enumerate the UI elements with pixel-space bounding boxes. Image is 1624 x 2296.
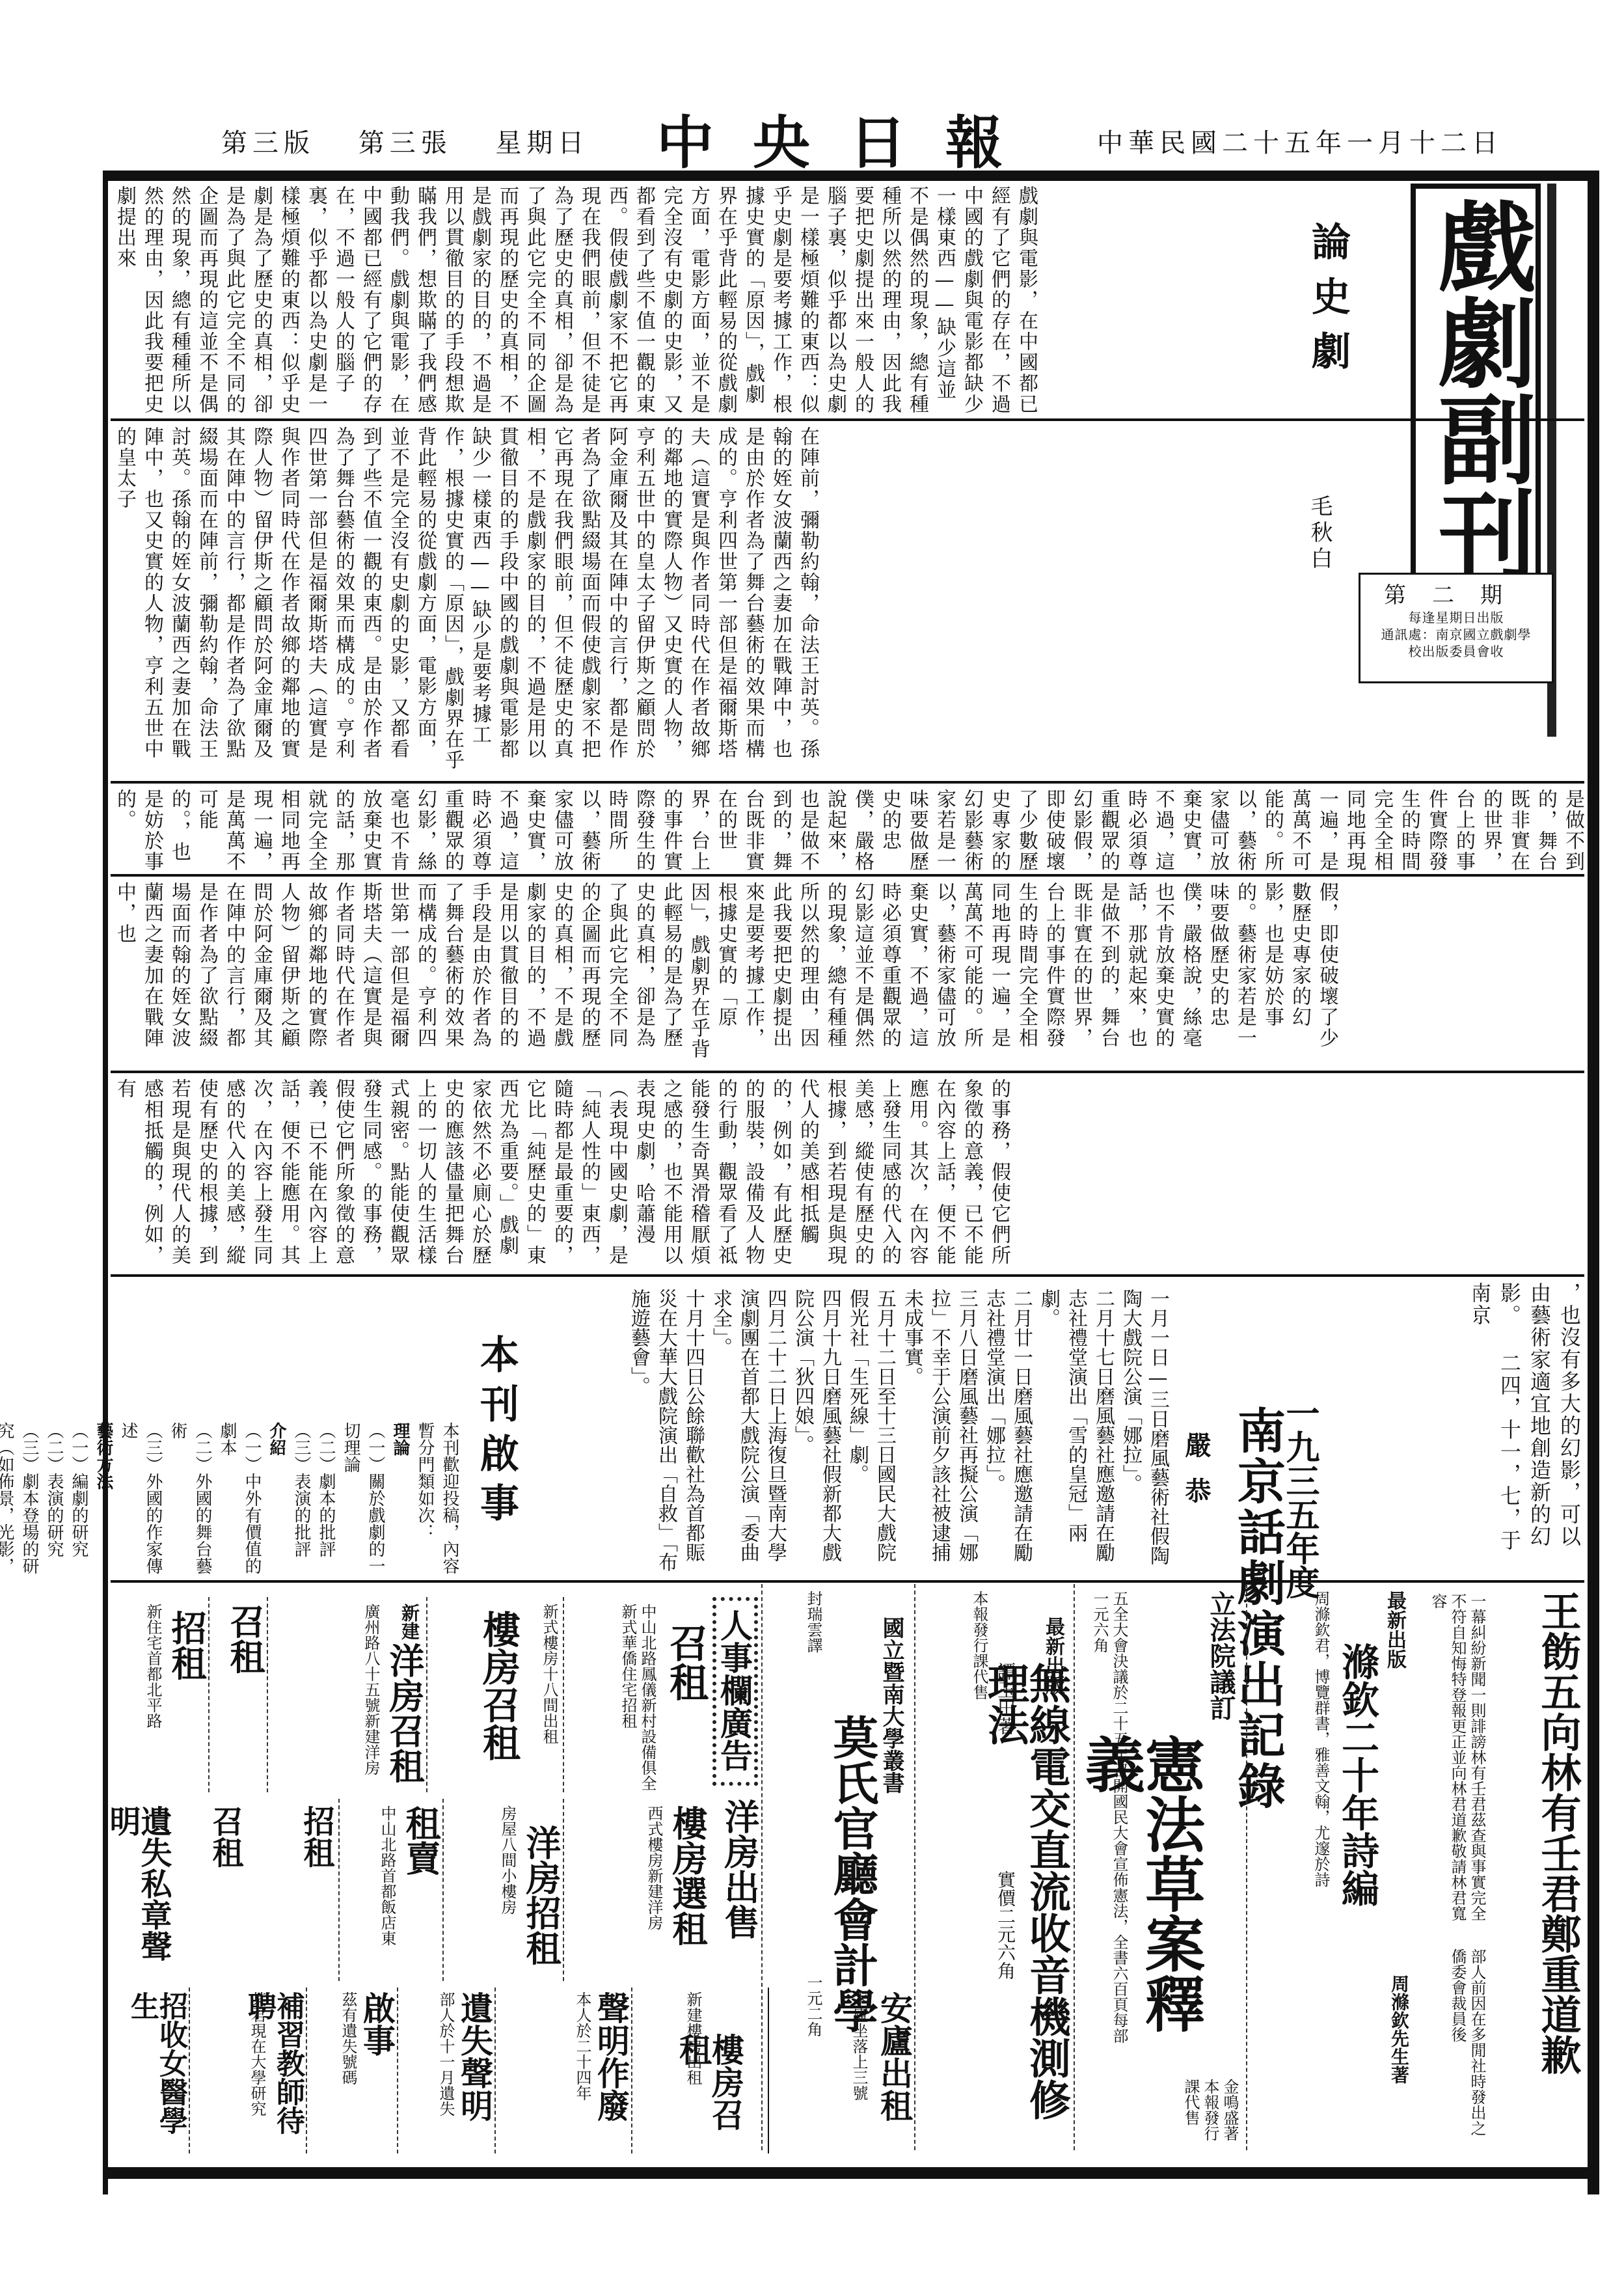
ad-body: 廣州路八十五號新建洋房 bbox=[270, 1604, 381, 1792]
ad-headline: 遺失聲明 bbox=[458, 1991, 491, 2122]
ad-tutor: 補習教師待聘 某君現在大學研究 bbox=[189, 1988, 306, 2153]
article-band-4: 假，即使破壞了少數歷史專家的幻影，也是妨於事的。藝術家若是一味要做歷史的忠僕，嚴… bbox=[111, 882, 1584, 1067]
ad-label: 國立暨南大學叢書 bbox=[876, 1617, 908, 1794]
ad-personnel-header: 人事欄廣告 bbox=[712, 1597, 758, 1786]
notice-item: （二）外國的舞台藝術 bbox=[165, 1422, 215, 1578]
article-band-3: 假，即使破壞了少數歷史專家的幻影，也是妨於事的。藝術家若是一味要做歷史的忠僕，嚴… bbox=[111, 789, 1584, 872]
ad-house-select: 樓房選租 西式樓房新建洋房 bbox=[563, 1799, 709, 1981]
ad-footer: 部人前因在多閒社時發出之僑委會裁員後 bbox=[1422, 1948, 1487, 2144]
masthead-rule bbox=[104, 171, 1594, 181]
sheet-number: 第三張 bbox=[359, 128, 452, 158]
article-band-2: 在陣前，彌勒約翰，命法王討英。孫翰的姪女波蘭西之妻加在戰陣中，也是由於作者為了舞… bbox=[111, 426, 1584, 778]
ad-headline: 樓房選租 bbox=[670, 1805, 705, 1946]
band-divider bbox=[111, 874, 1584, 877]
record-entry: 三月八日磨風藝社再擬公演「娜拉」不幸于公演前夕該社被逮捕未成事實。 bbox=[898, 1289, 980, 1575]
ad-body: 中山北路首都飯店東 bbox=[345, 1805, 397, 1981]
ad-headline: 召租 bbox=[210, 1805, 241, 1868]
ad-rent-cluster: 招租 召租 遺失私章聲明 bbox=[111, 1799, 338, 1981]
ad-price: 實價二元六角 bbox=[989, 1870, 1015, 2001]
ad-poetry: 最新出版 滌欽二十年詩編 周滌欽君，博覽群書，雅善文翰，尤邃於詩 周滌欽先生著 bbox=[1246, 1584, 1415, 2150]
ad-body: 新建樓房出租 bbox=[638, 1991, 703, 2151]
ad-translator: 封瑞雲譯 bbox=[765, 1591, 823, 1955]
advertisements: 王飭五向林有壬君鄭重道歉 一幕糾紛新聞一則誹謗林有壬君茲查與事實完全不符自知悔特… bbox=[111, 1584, 1584, 2163]
page-info: 第三版 第三張 星期日 bbox=[221, 122, 619, 159]
ad-house-rent: 新建 洋房召租 廣州路八十五號新建洋房 bbox=[267, 1597, 426, 1792]
page-border-bottom bbox=[104, 2167, 1598, 2179]
ad-house-sale-2: 租賣 中山北路首都飯店東 bbox=[338, 1799, 442, 1981]
ad-rent: 招租 新住宅首都北平路 bbox=[111, 1597, 208, 1792]
ad-headline: 啟事 bbox=[360, 1991, 393, 2057]
article-band-1: 戲劇與電影，在中國都已經有了它們的存在，不過中國的戲劇與電影都缺少一樣東西——缺… bbox=[111, 185, 1288, 417]
record-author: 嚴恭 bbox=[1178, 1432, 1215, 1523]
article-ending: ，也沒有多大的幻影，可以由藝術家適宜地創造新的幻影。 二四，十一，七，于南京 bbox=[1474, 1282, 1584, 1568]
article-text: 假，即使破壞了少數歷史專家的幻影，也是妨於事的。藝術家若是一味要做歷史的忠僕，嚴… bbox=[111, 882, 1340, 1067]
ad-body: 五全大會決議於二十五年召開國民大會宣佈憲法，全書六百頁每部一元六角 bbox=[1077, 1591, 1129, 2046]
record-entry: 一月一日—三日磨風藝術社假陶陶大戲院公演「娜拉」。 bbox=[1116, 1289, 1171, 1575]
record-entry: 十月十四日公餘聯歡社為首都賑災在大華大戲院演出「自救」「布施遊藝會」。 bbox=[625, 1289, 707, 1575]
ad-label: 立法院議訂 bbox=[1202, 1591, 1239, 1721]
ad-body: 某君現在大學研究 bbox=[195, 1991, 267, 2151]
ad-body: 新式樓房十八間出租 bbox=[520, 1604, 559, 1792]
ad-house-rent: 召租 中山北路鳳儀新村設備俱全新式華僑住宅招租 bbox=[563, 1597, 709, 1792]
ad-lost: 遺失聲明 部人於十一月遺失 bbox=[397, 1988, 494, 2153]
ad-body: 新住宅首都北平路 bbox=[117, 1604, 163, 1792]
ad-body: 本廬坐落上三號 bbox=[778, 1991, 869, 2151]
record-entry: 二月十七日磨風藝社應邀請在勵志社禮堂演出「雪的皇冠」兩劇。 bbox=[1035, 1289, 1116, 1575]
ad-agent: 本報發行課代售 bbox=[917, 1591, 989, 2150]
ad-body: 本人於二十四年 bbox=[501, 1991, 592, 2151]
ad-house-rent: 樓房召租 新式樓房十八間出租 bbox=[426, 1597, 563, 1792]
notice-category: 理論 bbox=[388, 1422, 413, 1578]
page-number: 第三版 bbox=[221, 128, 315, 158]
page-border-left bbox=[103, 171, 108, 2194]
ad-notice: 啟事 茲有遺失號碼 bbox=[306, 1988, 397, 2153]
band-divider bbox=[111, 1071, 1584, 1073]
ad-headline: 招租 bbox=[169, 1610, 204, 1680]
ad-headline: 洋房召租 bbox=[387, 1643, 422, 1783]
record-entries: 一月一日—三日磨風藝術社假陶陶大戲院公演「娜拉」。 二月十七日磨風藝社應邀請在勵… bbox=[527, 1289, 1171, 1575]
ad-translator: 譚玉田著 bbox=[989, 1662, 1015, 1857]
notice-body: 本刊歡迎投稿，內容暫分門類如次： 理論 （一）關於戲劇的一切理論 （二）劇本的批… bbox=[130, 1422, 462, 1578]
page-border-right bbox=[1588, 171, 1599, 2194]
ad-headline: 聲明作廢 bbox=[595, 1991, 627, 2122]
notice-item: （二）表演的研究 bbox=[42, 1422, 66, 1578]
ad-body: 西式樓房新建洋房 bbox=[566, 1805, 664, 1981]
ad-house-rent: 洋房招租 房屋八間小樓房 bbox=[442, 1799, 563, 1981]
ad-body: 部人於十一月遺失 bbox=[403, 1991, 455, 2151]
ad-label: 最新出版 bbox=[1380, 1591, 1409, 1669]
ad-headline: 滌欽二十年詩編 bbox=[1338, 1643, 1376, 1968]
ad-author: 周滌欽先生著 bbox=[1370, 1975, 1409, 2144]
ad-label: 新建 bbox=[396, 1604, 422, 1640]
ad-agent: 金鳴盛著 本報發行課代售 bbox=[1083, 2079, 1239, 2150]
ad-headline: 安廬出租 bbox=[878, 1991, 910, 2122]
ad-body: 一幕糾紛新聞一則誹謗林有壬君茲查與事實完全不符自知悔特登報更正並向林君道歉敬請林… bbox=[1422, 1593, 1487, 1932]
ad-headline: 招租 bbox=[301, 1805, 332, 1868]
ad-body: 茲有遺失號碼 bbox=[312, 1991, 358, 2151]
notice-item: （三）劇本登場的研究（如佈景，光影，服裝，化裝，後台管理等） bbox=[0, 1422, 42, 1578]
notice-item: （三）外國的作家傳述 bbox=[116, 1422, 165, 1578]
ad-house-rent: 召租 bbox=[208, 1597, 267, 1792]
record-entry: 五月十二日至十三日國民大戲院假光社「生死線」劇。 bbox=[843, 1289, 898, 1575]
issue-date: 中華民國二十五年一月十二日 bbox=[1097, 122, 1503, 159]
article-text: 的事務，假使它們所象徵的意義，已不能在內容上話，便不能應用。其次，在內容上發生同… bbox=[111, 1078, 1012, 1270]
notice-item: （一）中外有價值的劇本 bbox=[215, 1422, 264, 1578]
notice-item: （一）關於戲劇的一切理論 bbox=[338, 1422, 388, 1578]
notice-item: （二）劇本的批評 bbox=[314, 1422, 338, 1578]
band-divider bbox=[111, 1580, 1584, 1583]
article-text: 戲劇與電影，在中國都已經有了它們的存在，不過中國的戲劇與電影都缺少一樣東西——缺… bbox=[111, 185, 1040, 417]
ad-headline: 召租 bbox=[228, 1604, 263, 1674]
ad-headline: 遺失私章聲明 bbox=[111, 1805, 169, 1981]
ad-headline: 王飭五向林有壬君鄭重道歉 bbox=[1537, 1591, 1578, 2150]
article-title: 論史劇 bbox=[1300, 221, 1356, 385]
notice-title: 本刊啟事 bbox=[468, 1334, 524, 1532]
article-text: 假，即使破壞了少數歷史專家的幻影，也是妨於事的。藝術家若是一味要做歷史的忠僕，嚴… bbox=[111, 789, 1584, 872]
record-entry: 二月廿一日磨風藝社應邀請在勵志社禮堂演出「娜拉」。 bbox=[980, 1289, 1035, 1575]
ad-headline: 召租 bbox=[666, 1623, 705, 1701]
band-divider bbox=[111, 418, 1584, 421]
ad-headline: 租賣 bbox=[403, 1805, 439, 1876]
ad-headline: 招收女醫學生 bbox=[128, 1991, 185, 2153]
notice-intro: 本刊歡迎投稿，內容暫分門類如次： bbox=[413, 1422, 462, 1578]
masthead: 第三版 第三張 星期日 中央日報 中華民國二十五年一月十二日 bbox=[104, 98, 1594, 169]
ad-house-sale: 洋房出售 bbox=[709, 1792, 761, 1988]
notice-item: （一）編劇的研究 bbox=[66, 1422, 91, 1578]
ad-radio-book: 最新出版 無線電交直流收音機測修理法 譚玉田著 實價二元六角 本報發行課代售 bbox=[914, 1584, 1074, 2150]
article-band-5: 的事務，假使它們所象徵的意義，已不能在內容上話，便不能應用。其次，在內容上發生同… bbox=[111, 1078, 1584, 1270]
notice-category: 介紹 bbox=[264, 1422, 289, 1578]
weekday: 星期日 bbox=[495, 128, 589, 158]
record-entry: 四月二十二日上海復旦暨南大學演劇團在首都大戲院公演「委曲求全」。 bbox=[707, 1289, 789, 1575]
article-text: 在陣前，彌勒約翰，命法王討英。孫翰的姪女波蘭西之妻加在戰陣中，也是由於作者為了舞… bbox=[111, 426, 821, 778]
newspaper-name: 中央日報 bbox=[656, 98, 1042, 180]
ad-void: 聲明作廢 本人於二十四年 bbox=[494, 1988, 631, 2153]
ad-body: 周滌欽君，博覽群書，雅善文翰，尤邃於詩 bbox=[1252, 1591, 1331, 2144]
ad-headline: 樓房召租 bbox=[480, 1610, 517, 1761]
ad-headline: 洋房招租 bbox=[524, 1825, 559, 1965]
ad-house-rent: 安廬出租 本廬坐落上三號 bbox=[768, 1988, 914, 2153]
ad-apology: 王飭五向林有壬君鄭重道歉 一幕糾紛新聞一則誹謗林有壬君茲查與事實完全不符自知悔特… bbox=[1415, 1584, 1584, 2150]
ad-headline: 人事欄廣告 bbox=[718, 1609, 750, 1771]
ad-constitution: 立法院議訂 憲法草案釋義 五全大會決議於二十五年召開國民大會宣佈憲法，全書六百頁… bbox=[1074, 1584, 1246, 2150]
ad-body: 房屋八間小樓房 bbox=[446, 1805, 517, 1981]
notice-item: （三）表演的批評 bbox=[289, 1422, 314, 1578]
band-divider bbox=[111, 1274, 1584, 1277]
ad-school: 招收女醫學生 bbox=[111, 1988, 189, 2153]
ad-house-rent: 樓房召租 新建樓房出租 bbox=[631, 1988, 768, 2153]
notice-category: 藝術方法 bbox=[91, 1422, 116, 1578]
ad-headline: 洋房出售 bbox=[722, 1799, 757, 1939]
record-entry: 四月十九日磨風藝社假新都大戲院公演「狄四娘」。 bbox=[789, 1289, 843, 1575]
band-divider bbox=[111, 781, 1584, 784]
ad-body: 中山北路鳳儀新村設備俱全新式華僑住宅招租 bbox=[566, 1604, 657, 1792]
